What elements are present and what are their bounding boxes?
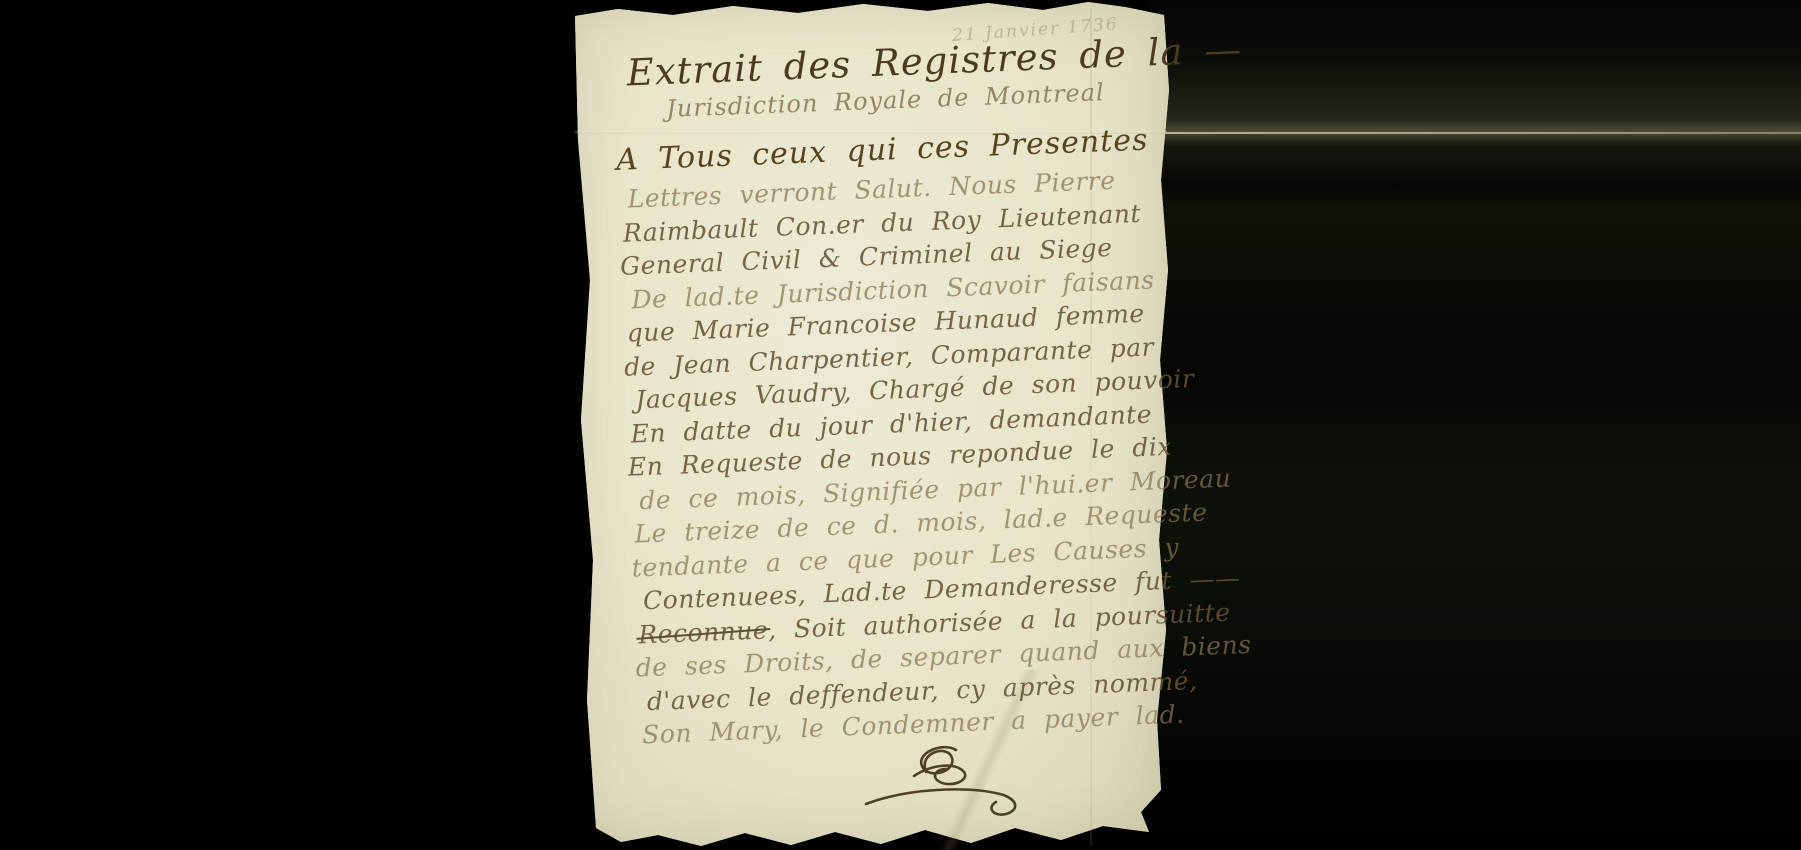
struck-word: Reconnue <box>638 615 769 649</box>
scan-viewport: 21 Janvier 1736 Extrait des Registres de… <box>0 0 1801 850</box>
scanner-streak-line <box>1150 132 1801 134</box>
manuscript-text-block: Extrait des Registres de la — Jurisdicti… <box>612 31 1198 752</box>
manuscript-body: A Tous ceux qui ces PresentesLettres ver… <box>615 117 1198 752</box>
notarial-paraph-flourish <box>848 742 1058 822</box>
